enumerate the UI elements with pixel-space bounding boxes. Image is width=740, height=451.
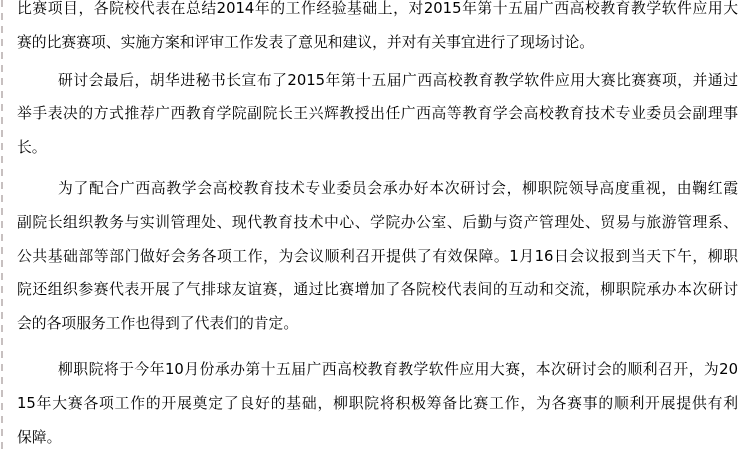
text-line: 举手表决的方式推荐广西教育学院副院长王兴辉教授出任广西高等教育学会高校教育技术专…	[17, 97, 738, 131]
text-line: 院还组织参赛代表开展了气排球友谊赛，通过比赛增加了各院校代表间的互动和交流，柳职…	[17, 273, 738, 307]
page-boundary-dashed-line	[1, 0, 3, 451]
text-line: 副院长组织教务与实训管理处、现代教育技术中心、学院办公室、后勤与资产管理处、贸易…	[17, 206, 738, 240]
text-line: 赛的比赛赛项、实施方案和评审工作发表了意见和建议，并对有关事宜进行了现场讨论。	[17, 26, 738, 60]
text-line: 为了配合广西高教学会高校教育技术专业委员会承办好本次研讨会，柳职院领导高度重视，…	[17, 172, 738, 206]
text-line: 15年大赛各项工作的开展奠定了良好的基础，柳职院将积极筹备比赛工作，为各赛事的顺…	[17, 387, 738, 421]
text-line: 研讨会最后，胡华进秘书长宣布了2015年第十五届广西高校教育教学软件应用大赛比赛…	[17, 64, 738, 98]
paragraph: 柳职院将于今年10月份承办第十五届广西高校教育教学软件应用大赛，本次研讨会的顺利…	[17, 353, 738, 451]
text-line: 公共基础部等部门做好会务各项工作，为会议顺利召开提供了有效保障。1月16日会议报…	[17, 240, 738, 274]
document-page: 比赛项目，各院校代表在总结2014年的工作经验基础上，对2015年第十五届广西高…	[0, 0, 740, 451]
text-line: 柳职院将于今年10月份承办第十五届广西高校教育教学软件应用大赛，本次研讨会的顺利…	[17, 353, 738, 387]
text-line: 保障。	[17, 421, 738, 451]
text-line: 长。	[17, 131, 738, 165]
document-text: 比赛项目，各院校代表在总结2014年的工作经验基础上，对2015年第十五届广西高…	[17, 0, 738, 451]
paragraph: 研讨会最后，胡华进秘书长宣布了2015年第十五届广西高校教育教学软件应用大赛比赛…	[17, 64, 738, 165]
text-line: 会的各项服务工作也得到了代表们的肯定。	[17, 307, 738, 341]
paragraph: 比赛项目，各院校代表在总结2014年的工作经验基础上，对2015年第十五届广西高…	[17, 0, 738, 60]
text-line: 比赛项目，各院校代表在总结2014年的工作经验基础上，对2015年第十五届广西高…	[17, 0, 738, 26]
paragraph: 为了配合广西高教学会高校教育技术专业委员会承办好本次研讨会，柳职院领导高度重视，…	[17, 172, 738, 340]
